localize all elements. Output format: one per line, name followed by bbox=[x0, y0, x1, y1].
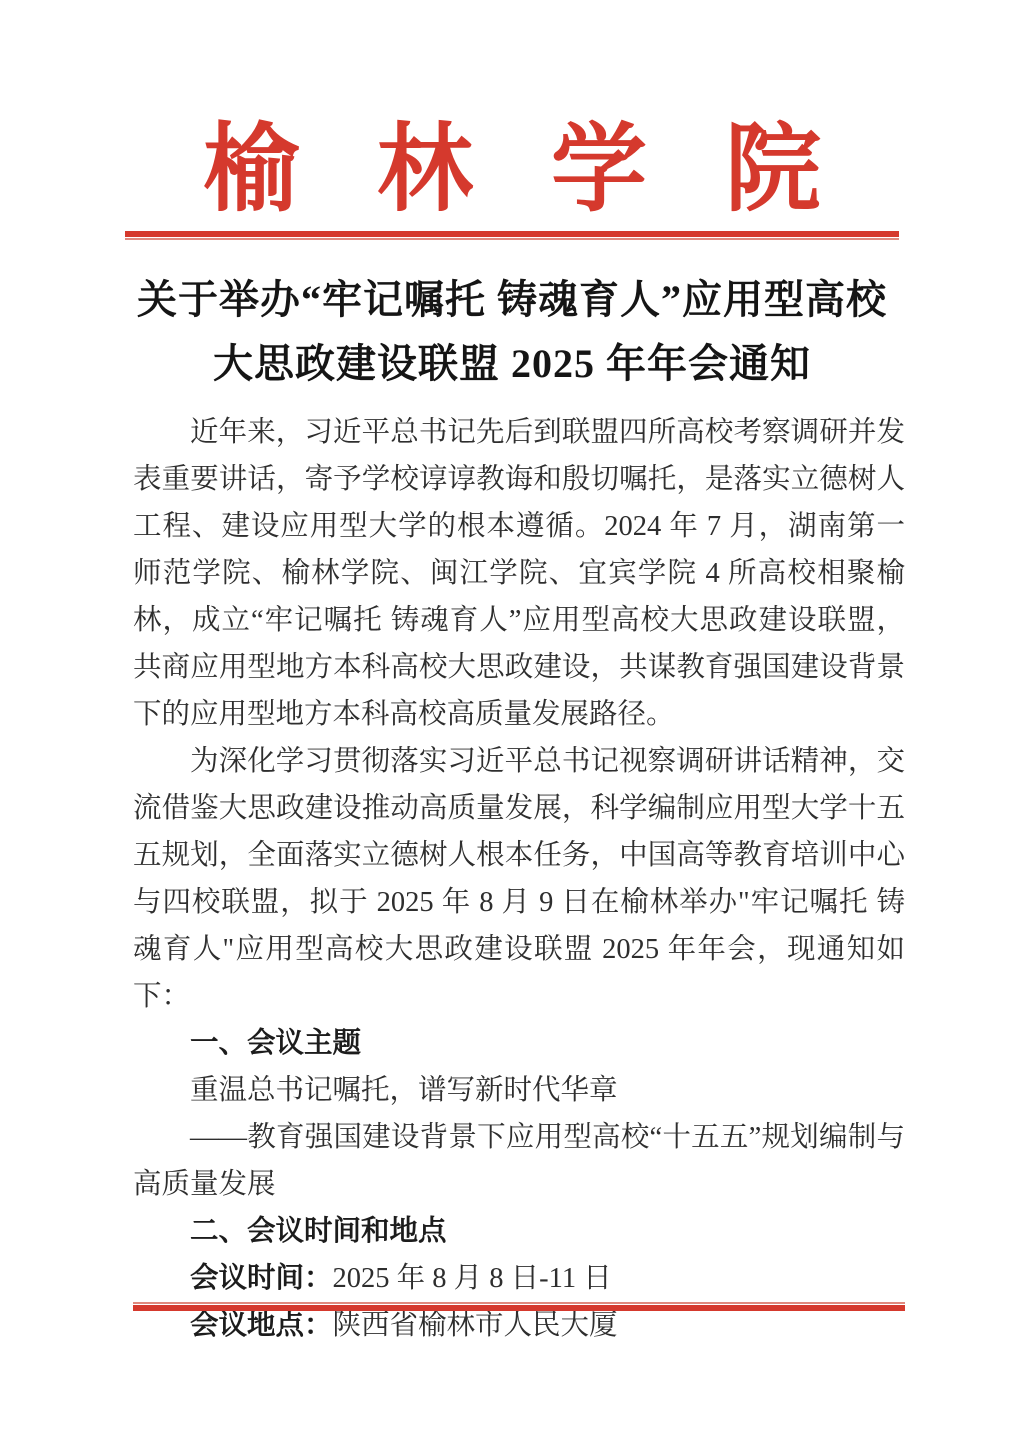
meeting-time-line: 会议时间：2025 年 8 月 8 日-11 日 bbox=[133, 1255, 905, 1302]
divider-thick-line bbox=[133, 1305, 905, 1311]
document-body: 近年来，习近平总书记先后到联盟四所高校考察调研并发表重要讲话，寄予学校谆谆教诲和… bbox=[133, 409, 905, 1349]
topic-line-subtitle: ——教育强国建设背景下应用型高校“十五五”规划编制与高质量发展 bbox=[133, 1114, 905, 1208]
letterhead-divider bbox=[125, 231, 899, 240]
paragraph-intro: 近年来，习近平总书记先后到联盟四所高校考察调研并发表重要讲话，寄予学校谆谆教诲和… bbox=[133, 409, 905, 738]
document-title-line-1: 关于举办“牢记嘱托 铸魂育人”应用型高校 bbox=[82, 268, 942, 332]
footer-divider bbox=[133, 1302, 905, 1311]
section-heading-topic: 一、会议主题 bbox=[133, 1020, 905, 1067]
meeting-place-value: 陕西省榆林市人民大厦 bbox=[333, 1310, 618, 1341]
meeting-time-value: 2025 年 8 月 8 日-11 日 bbox=[333, 1263, 612, 1294]
divider-thin-line bbox=[125, 238, 899, 240]
document-page: 榆 林 学 院 关于举办“牢记嘱托 铸魂育人”应用型高校 大思政建设联盟 202… bbox=[0, 0, 1024, 1448]
divider-thick-line bbox=[125, 231, 899, 237]
document-title-line-2: 大思政建设联盟 2025 年年会通知 bbox=[82, 332, 942, 396]
school-name-char: 学 bbox=[551, 122, 647, 218]
topic-line-main: 重温总书记嘱托，谱写新时代华章 bbox=[133, 1067, 905, 1114]
meeting-time-label: 会议时间： bbox=[190, 1263, 333, 1294]
letterhead-school-name: 榆 林 学 院 bbox=[203, 122, 821, 218]
school-name-char: 院 bbox=[725, 122, 821, 218]
document-title: 关于举办“牢记嘱托 铸魂育人”应用型高校 大思政建设联盟 2025 年年会通知 bbox=[82, 268, 942, 396]
paragraph-purpose: 为深化学习贯彻落实习近平总书记视察调研讲话精神，交流借鉴大思政建设推动高质量发展… bbox=[133, 738, 905, 1020]
school-name-char: 林 bbox=[377, 122, 473, 218]
school-name-char: 榆 bbox=[203, 122, 299, 218]
divider-thin-line bbox=[133, 1302, 905, 1304]
meeting-place-label: 会议地点： bbox=[190, 1310, 333, 1341]
section-heading-time-place: 二、会议时间和地点 bbox=[133, 1208, 905, 1255]
